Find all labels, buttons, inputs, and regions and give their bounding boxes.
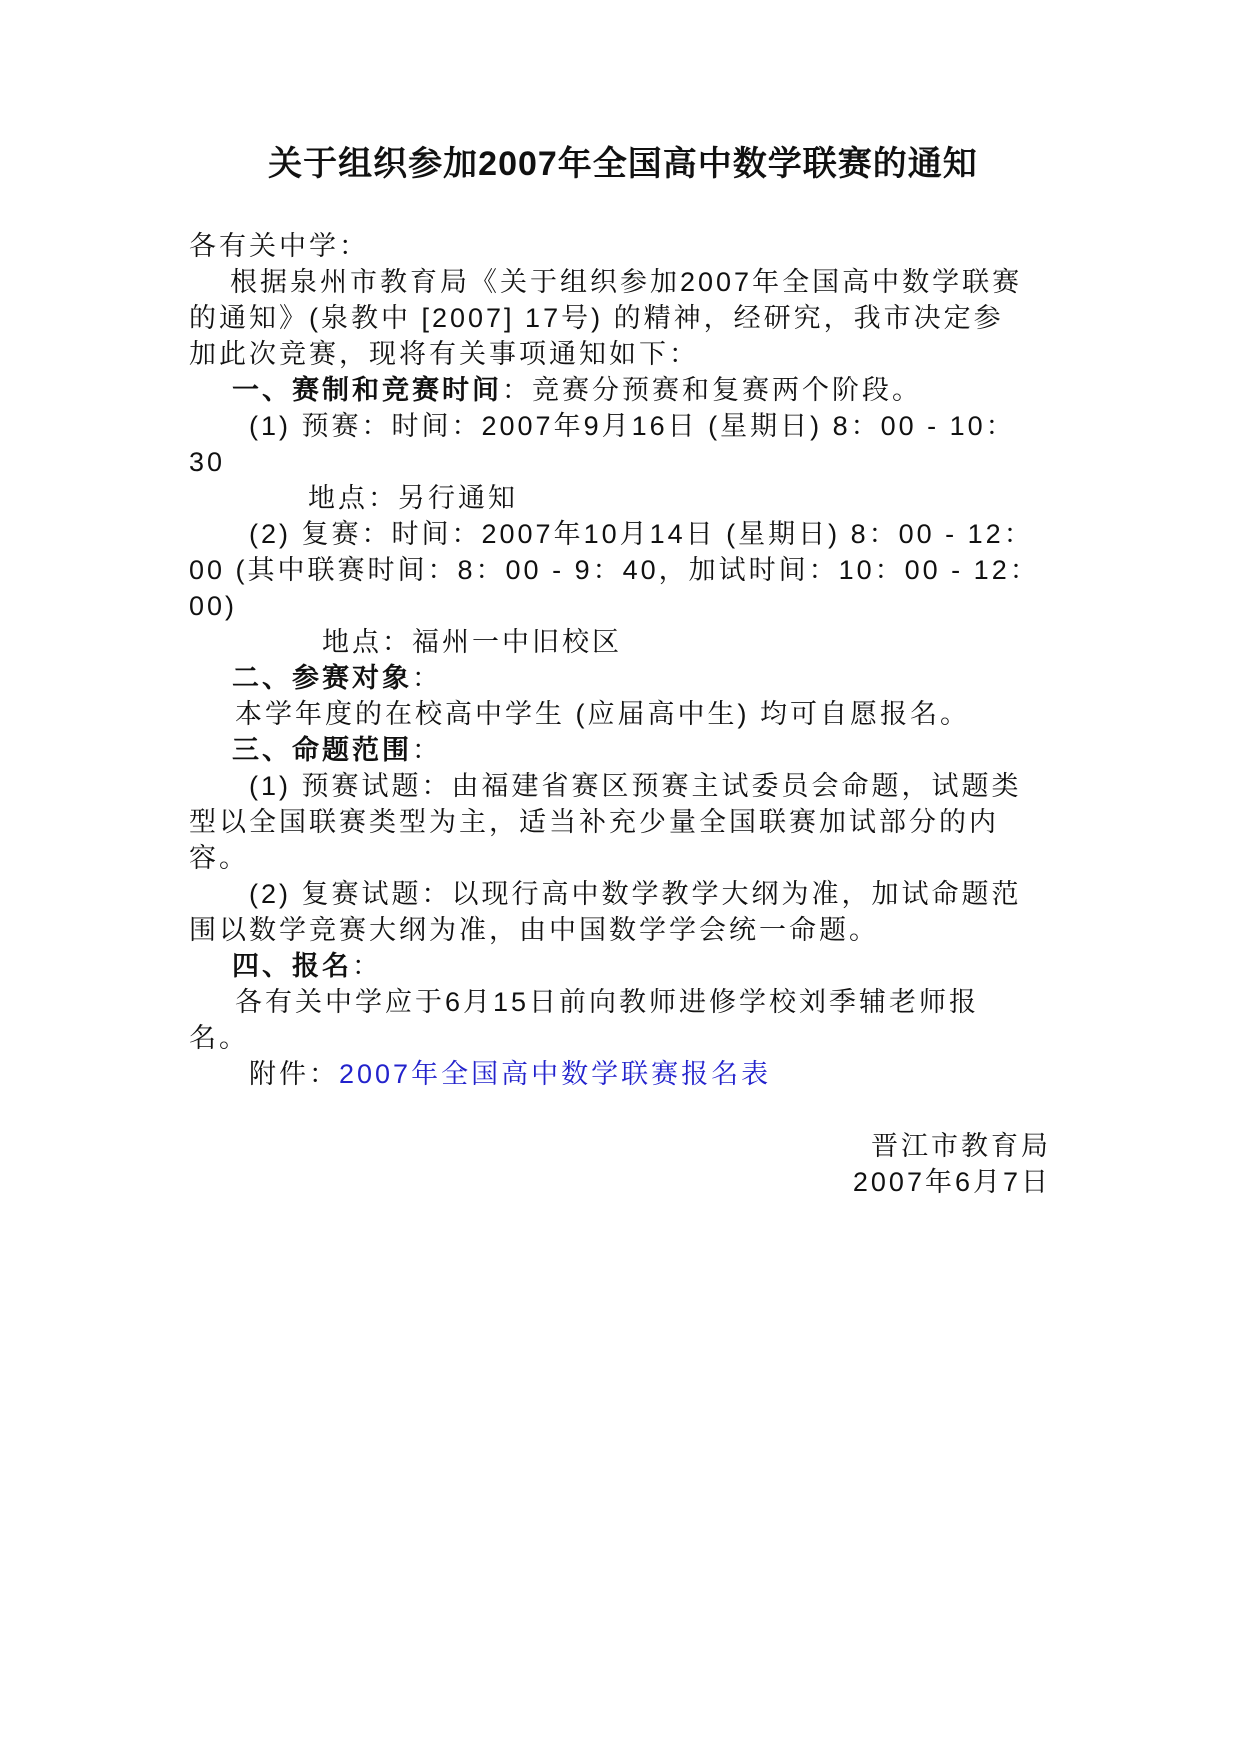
notice-body: 各有关中学： 根据泉州市教育局《关于组织参加2007年全国高中数学联赛 的通知》… <box>189 228 1057 1200</box>
document-title: 关于组织参加2007年全国高中数学联赛的通知 <box>189 142 1057 186</box>
preliminary-time-line-1: (1) 预赛：时间：2007年9月16日 (星期日) 8：00 - 10： <box>189 408 1057 444</box>
intro-line-2: 的通知》(泉教中 [2007] 17号) 的精神，经研究，我市决定参 <box>189 300 1057 336</box>
participants-line: 本学年度的在校高中学生 (应届高中生) 均可自愿报名。 <box>189 696 1057 732</box>
signature-org: 晋江市教育局 <box>189 1128 1057 1164</box>
preliminary-topics-line-2: 型以全国联赛类型为主，适当补充少量全国联赛加试部分的内 <box>189 804 1057 840</box>
section-2-title: 二、参赛对象 <box>232 663 412 693</box>
section-3-heading-line: 三、命题范围： <box>189 732 1057 768</box>
document-page: 关于组织参加2007年全国高中数学联赛的通知 各有关中学： 根据泉州市教育局《关… <box>0 0 1241 1754</box>
preliminary-topics-line-3: 容。 <box>189 840 1057 876</box>
section-3-title: 三、命题范围 <box>232 735 412 765</box>
attachment-line: 附件：2007年全国高中数学联赛报名表 <box>189 1056 1057 1092</box>
section-1-heading-line: 一、赛制和竞赛时间：竞赛分预赛和复赛两个阶段。 <box>189 372 1057 408</box>
intro-line-3: 加此次竞赛，现将有关事项通知如下： <box>189 336 1057 372</box>
preliminary-topics-line-1: (1) 预赛试题：由福建省赛区预赛主试委员会命题，试题类 <box>189 768 1057 804</box>
signature-date: 2007年6月7日 <box>189 1164 1057 1200</box>
attachment-label: 附件： <box>249 1059 339 1089</box>
registration-line-2: 名。 <box>189 1020 1057 1056</box>
section-3-colon: ： <box>412 735 442 765</box>
final-topics-line-1: (2) 复赛试题：以现行高中数学教学大纲为准，加试命题范 <box>189 876 1057 912</box>
document-content: 关于组织参加2007年全国高中数学联赛的通知 各有关中学： 根据泉州市教育局《关… <box>189 0 1057 1200</box>
final-time-line-3: 00) <box>189 588 1057 624</box>
intro-line-1: 根据泉州市教育局《关于组织参加2007年全国高中数学联赛 <box>189 264 1057 300</box>
final-location-line: 地点：福州一中旧校区 <box>189 624 1057 660</box>
salutation-line: 各有关中学： <box>189 228 1057 264</box>
final-time-line-1: (2) 复赛：时间：2007年10月14日 (星期日) 8：00 - 12： <box>189 516 1057 552</box>
blank-line <box>189 1092 1057 1128</box>
section-4-colon: ： <box>352 951 382 981</box>
section-4-heading-line: 四、报名： <box>189 948 1057 984</box>
attachment-link[interactable]: 2007年全国高中数学联赛报名表 <box>339 1059 771 1089</box>
preliminary-location-line: 地点：另行通知 <box>189 480 1057 516</box>
preliminary-time-line-2: 30 <box>189 444 1057 480</box>
final-topics-line-2: 围以数学竞赛大纲为准，由中国数学学会统一命题。 <box>189 912 1057 948</box>
section-2-heading-line: 二、参赛对象： <box>189 660 1057 696</box>
final-time-line-2: 00 (其中联赛时间：8：00 - 9：40，加试时间：10：00 - 12： <box>189 552 1057 588</box>
section-4-title: 四、报名 <box>232 951 352 981</box>
section-1-title: 一、赛制和竞赛时间 <box>232 375 502 405</box>
section-1-text: ：竞赛分预赛和复赛两个阶段。 <box>502 375 922 405</box>
registration-line-1: 各有关中学应于6月15日前向教师进修学校刘季辅老师报 <box>189 984 1057 1020</box>
section-2-colon: ： <box>412 663 442 693</box>
